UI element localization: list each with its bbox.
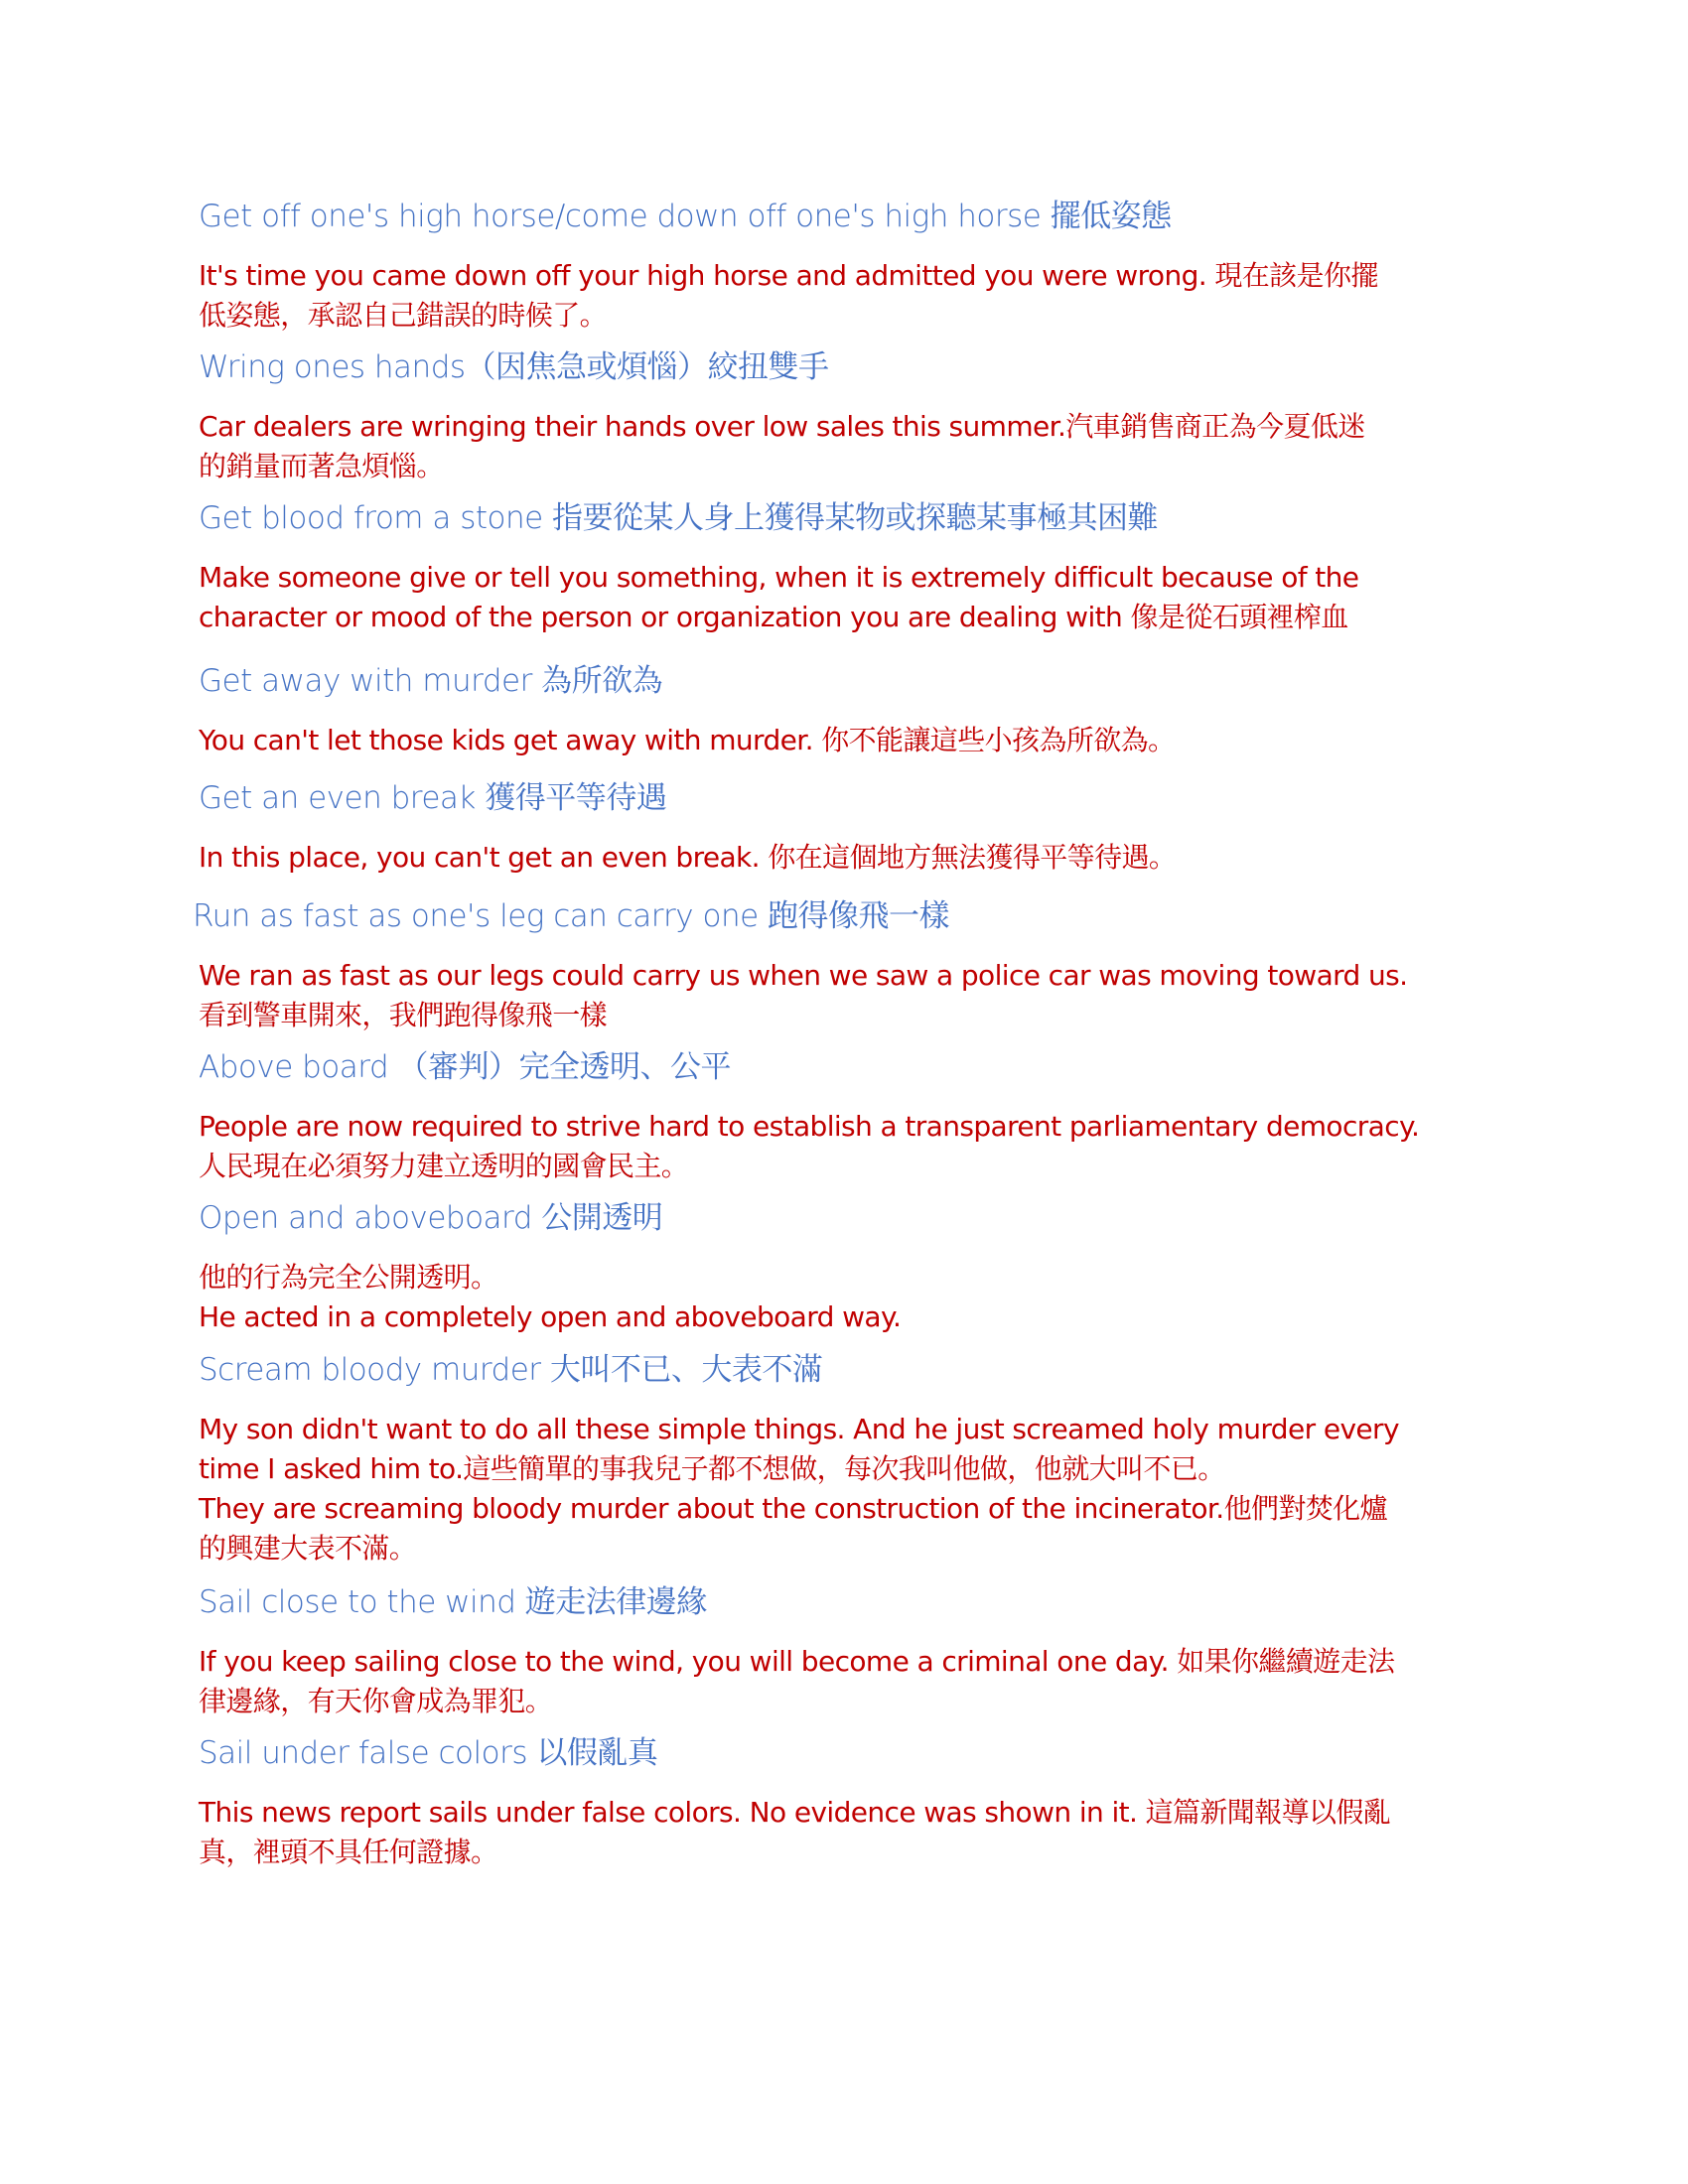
idiom-term: Sail under false colors 以假亂真	[199, 1733, 1509, 1773]
idiom-entry: Sail under false colors 以假亂真 This news r…	[199, 1733, 1509, 1872]
idiom-example: We ran as fast as our legs could carry u…	[199, 956, 1503, 1035]
idiom-entry: Sail close to the wind 遊走法律邊緣 If you kee…	[199, 1582, 1509, 1721]
idiom-term: Get blood from a stone 指要從某人身上獲得某物或探聽某事極…	[199, 498, 1509, 538]
idiom-term: Wring ones hands（因焦急或煩惱）絞扭雙手	[199, 347, 1509, 387]
idiom-term: Get away with murder 為所欲為	[199, 661, 1509, 701]
idiom-entry: Get off one's high horse/come down off o…	[199, 197, 1509, 336]
idiom-example: Make someone give or tell you something,…	[199, 558, 1509, 637]
idiom-entry: Run as fast as one's leg can carry one 跑…	[193, 896, 1503, 1035]
idiom-example: This news report sails under false color…	[199, 1793, 1509, 1872]
document-page: Get off one's high horse/come down off o…	[0, 0, 1688, 2184]
idiom-example: In this place, you can't get an even bre…	[199, 838, 1509, 878]
idiom-entry: Get away with murder 為所欲為 You can't let …	[199, 661, 1509, 760]
idiom-example: Car dealers are wringing their hands ove…	[199, 407, 1509, 486]
idiom-entry: Get blood from a stone 指要從某人身上獲得某物或探聽某事極…	[199, 498, 1509, 637]
idiom-term: Run as fast as one's leg can carry one 跑…	[193, 896, 1503, 936]
idiom-example: If you keep sailing close to the wind, y…	[199, 1642, 1509, 1721]
idiom-example: My son didn't want to do all these simpl…	[199, 1410, 1509, 1569]
idiom-example: You can't let those kids get away with m…	[199, 721, 1509, 760]
idiom-example: It's time you came down off your high ho…	[199, 256, 1509, 336]
idiom-entry: Get an even break 獲得平等待遇 In this place, …	[199, 778, 1509, 878]
idiom-term: Open and aboveboard 公開透明	[199, 1198, 1509, 1238]
idiom-term: Sail close to the wind 遊走法律邊緣	[199, 1582, 1509, 1622]
idiom-entry: Open and aboveboard 公開透明 他的行為完全公開透明。 He …	[199, 1198, 1509, 1337]
idiom-term: Get an even break 獲得平等待遇	[199, 778, 1509, 818]
idiom-term: Scream bloody murder 大叫不已、大表不滿	[199, 1350, 1509, 1390]
idiom-example: 他的行為完全公開透明。 He acted in a completely ope…	[199, 1258, 1509, 1337]
idiom-term: Above board （審判）完全透明、公平	[199, 1047, 1509, 1087]
idiom-entry: Above board （審判）完全透明、公平 People are now r…	[199, 1047, 1509, 1186]
idiom-example: People are now required to strive hard t…	[199, 1107, 1509, 1186]
idiom-entry: Scream bloody murder 大叫不已、大表不滿 My son di…	[199, 1350, 1509, 1569]
idiom-term: Get off one's high horse/come down off o…	[199, 197, 1509, 236]
idiom-entry: Wring ones hands（因焦急或煩惱）絞扭雙手 Car dealers…	[199, 347, 1509, 486]
